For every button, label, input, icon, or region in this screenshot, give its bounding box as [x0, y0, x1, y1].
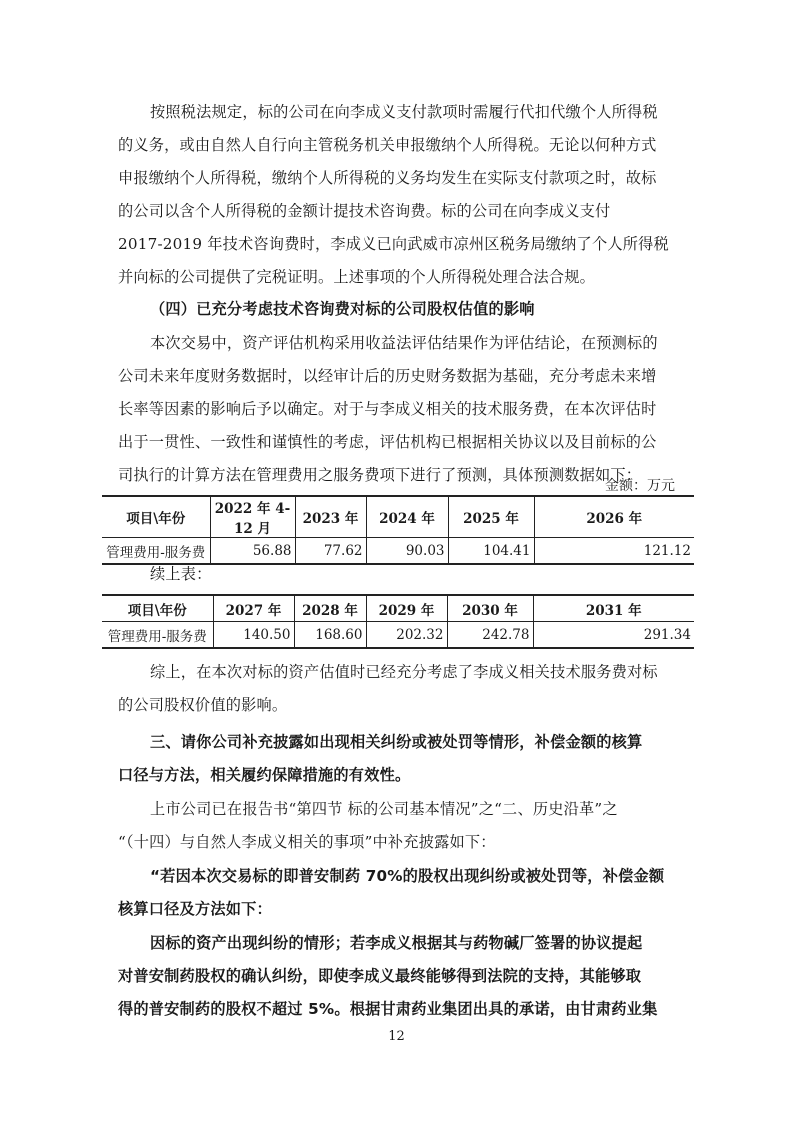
table-cell: 104.41 [448, 538, 534, 565]
paragraph-line: 并向标的公司提供了完税证明。上述事项的个人所得税处理合法合规。 [118, 266, 595, 287]
table-cell: 140.50 [213, 622, 294, 649]
quote-line: 核算口径及方法如下： [118, 898, 272, 919]
paragraph-line: 长率等因素的影响后予以确定。对于与李成义相关的技术服务费，在本次评估时 [118, 398, 657, 419]
quote-line: 因标的资产出现纠纷的情形；若李成义根据其与药物碱厂签署的协议提起 [150, 932, 642, 953]
paragraph-line: 的公司以含个人所得税的金额计提技术咨询费。标的公司在向李成义支付 [118, 200, 610, 221]
table-cell: 77.62 [295, 538, 366, 565]
paragraph-line: 出于一贯性、一致性和谨慎性的考虑，评估机构已根据相关协议以及目前标的公 [118, 431, 657, 452]
question-heading: 三、请你公司补充披露如出现相关纠纷或被处罚等情形，补偿金额的核算 [150, 731, 642, 752]
paragraph-line: 的义务，或由自然人自行向主管税务机关申报缴纳个人所得税。无论以何种方式 [118, 134, 657, 155]
quote-line: 得的普安制药的股权不超过 5%。根据甘肃药业集团出具的承诺，由甘肃药业集 [118, 998, 657, 1019]
question-heading: 口径与方法，相关履约保障措施的有效性。 [118, 764, 410, 785]
table-cell: 168.60 [294, 622, 366, 649]
continued-label: 续上表： [150, 563, 212, 584]
table-header-cell: 2024 年 [366, 496, 448, 538]
table-header-cell: 2031 年 [533, 595, 694, 622]
table-header-cell: 2030 年 [447, 595, 533, 622]
table-header-cell: 2026 年 [534, 496, 694, 538]
table-header-cell: 2022 年 4-12 月 [210, 496, 295, 538]
table-header-cell: 项目\年份 [102, 496, 210, 538]
table-header-cell: 2025 年 [448, 496, 534, 538]
table-cell: 90.03 [366, 538, 448, 565]
table-header-cell: 2023 年 [295, 496, 366, 538]
page-number: 12 [0, 1029, 793, 1044]
table-header-cell: 项目\年份 [102, 595, 213, 622]
table-header-cell: 2028 年 [294, 595, 366, 622]
table-header-cell: 2029 年 [366, 595, 447, 622]
quote-line: “若因本次交易标的即普安制药 70%的股权出现纠纷或被处罚等，补偿金额 [150, 865, 664, 886]
paragraph-line: 本次交易中，资产评估机构采用收益法评估结果作为评估结论，在预测标的 [150, 332, 658, 353]
table-header-row: 项目\年份 2027 年 2028 年 2029 年 2030 年 2031 年 [102, 595, 694, 622]
table-cell: 242.78 [447, 622, 533, 649]
table-row: 管理费用-服务费 56.88 77.62 90.03 104.41 121.12 [102, 538, 694, 565]
paragraph-line: 2017-2019 年技术咨询费时，李成义已向武威市凉州区税务局缴纳了个人所得税 [118, 233, 669, 254]
paragraph-line: “（十四）与自然人李成义相关的事项”中补充披露如下： [118, 831, 496, 852]
table-row: 管理费用-服务费 140.50 168.60 202.32 242.78 291… [102, 622, 694, 649]
section-heading: （四）已充分考虑技术咨询费对标的公司股权估值的影响 [150, 298, 535, 319]
table-header-cell: 2027 年 [213, 595, 294, 622]
table-cell: 202.32 [366, 622, 447, 649]
paragraph-line: 综上，在本次对标的资产估值时已经充分考虑了李成义相关技术服务费对标 [150, 661, 658, 682]
paragraph-line: 申报缴纳个人所得税，缴纳个人所得税的义务均发生在实际支付款项之时，故标 [118, 167, 657, 188]
table-cell: 56.88 [210, 538, 295, 565]
unit-label: 金额：万元 [605, 475, 675, 495]
table-header-row: 项目\年份 2022 年 4-12 月 2023 年 2024 年 2025 年… [102, 496, 694, 538]
paragraph-line: 的公司股权价值的影响。 [118, 694, 287, 715]
table-cell: 管理费用-服务费 [102, 538, 210, 565]
table-cell: 121.12 [534, 538, 694, 565]
paragraph-line: 公司未来年度财务数据时，以经审计后的历史财务数据为基础，充分考虑未来增 [118, 365, 657, 386]
quote-line: 对普安制药股权的确认纠纷，即使李成义最终能够得到法院的支持，其能够取 [118, 965, 641, 986]
paragraph-line: 上市公司已在报告书“第四节 标的公司基本情况”之“二、历史沿革”之 [150, 798, 618, 819]
table-cell: 管理费用-服务费 [102, 622, 213, 649]
forecast-table-2: 项目\年份 2027 年 2028 年 2029 年 2030 年 2031 年… [102, 594, 694, 649]
forecast-table-1: 项目\年份 2022 年 4-12 月 2023 年 2024 年 2025 年… [102, 495, 694, 565]
paragraph-line: 司执行的计算方法在管理费用之服务费项下进行了预测，具体预测数据如下： [118, 464, 641, 485]
table-cell: 291.34 [533, 622, 694, 649]
paragraph-line: 按照税法规定，标的公司在向李成义支付款项时需履行代扣代缴个人所得税 [150, 101, 658, 122]
